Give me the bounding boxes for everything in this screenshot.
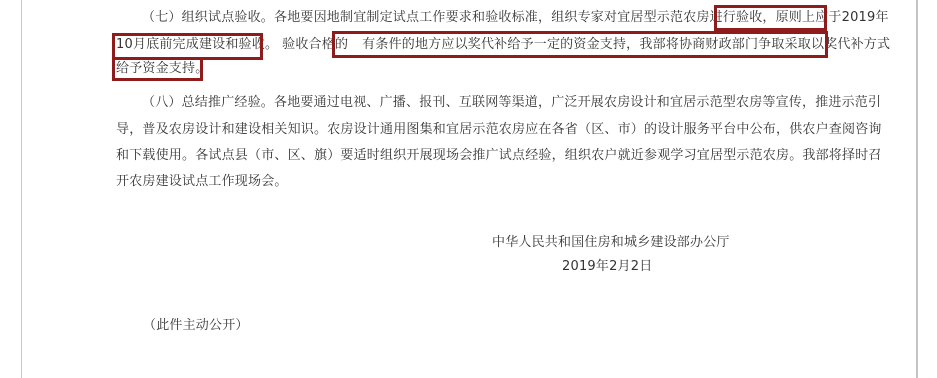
section-7-text: （七）组织试点验收。各地要因地制宜制定试点工作要求和验收标准，组织专家对宜居型示… bbox=[142, 10, 776, 25]
section-8-line-3: 和下载使用。各试点县（市、区、旗）要适时组织开展现场会推广试点经验，组织农户就近… bbox=[116, 148, 882, 164]
issuer-name: 中华人民共和国住房和城乡建设部办公厅 bbox=[492, 235, 730, 251]
highlight-box-deadline-end bbox=[112, 33, 263, 60]
section-8-line-1: （八）总结推广经验。各地要通过电视、广播、报刊、互联网等渠道，广泛开展农房设计和… bbox=[142, 95, 881, 111]
public-note: （此件主动公开） bbox=[143, 318, 249, 334]
issue-date: 2019年2月2日 bbox=[562, 259, 652, 275]
highlight-box-deadline-start bbox=[714, 5, 827, 31]
highlight-box-funding bbox=[332, 31, 828, 58]
page-gutter bbox=[918, 0, 937, 378]
section-8-line-4: 开农房建设试点工作现场会。 bbox=[116, 174, 288, 190]
section-8-line-2: 导，普及农房设计和建设相关知识。农房设计通用图集和宜居示范农房应在各省（区、市）… bbox=[116, 122, 882, 138]
highlight-box-funding-end bbox=[112, 57, 203, 81]
